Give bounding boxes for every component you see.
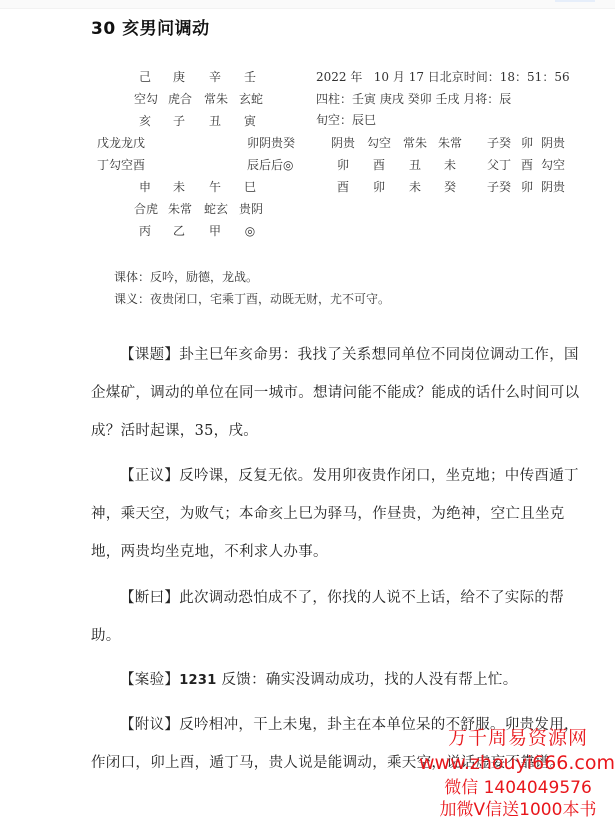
transmission-final-relation: 子癸 [486,177,512,199]
paragraph-zhengyi: 【正议】反吟课，反复无依。发用卯夜贵作闭口，坐克地；中传酉遁丁神，乘天空，为败气… [91,457,591,571]
paragraph-keti: 【课题】卦主巳年亥命男：我找了关系想同单位不同岗位调动工作，国企煤矿，调动的单位… [91,336,591,450]
paragraph-duanyue: 【断曰】此次调动恐怕成不了，你找的人说不上话，给不了实际的帮助。 [91,579,591,655]
transmission-initial-branch: 卯 [520,133,534,155]
transmission-final-general: 阴贵 [540,177,566,199]
four-lessons: 阴贵 勾空 常朱 朱常 卯 酉 丑 未 酉 卯 未 癸 子癸 卯 阴贵 父丁 酉… [0,0,615,260]
keti-note: 课体：反吟，励德，龙战。 [114,266,390,288]
watermark-wechat: 微信 1404049576 [418,777,615,800]
paragraph-tag: 【断曰】 [120,590,179,606]
lesson-upper-4: 未 [437,155,463,177]
transmission-initial-general: 阴贵 [540,133,566,155]
watermark-promo: 加微V信送1000本书 [418,799,615,821]
lesson-upper-3: 丑 [402,155,428,177]
transmission-middle-branch: 酉 [520,155,534,177]
watermark-url: www.zhouyi666.com [412,752,615,775]
transmission-initial-relation: 子癸 [486,133,512,155]
lesson-general-3: 常朱 [402,133,428,155]
paragraph-anyan: 【案验】1231 反馈：确实没调动成功，找的人没有帮上忙。 [91,661,591,700]
transmission-middle-general: 勾空 [540,155,566,177]
lesson-lower-4: 癸 [437,177,463,199]
lesson-notes: 课体：反吟，励德，龙战。 课义：夜贵闭口，宅乘丁酉，动既无财，尤不可守。 [114,266,390,310]
paragraph-number: 1231 [179,673,216,688]
watermark-site-name: 万千周易资源网 [418,727,615,750]
paragraph-tag: 【案验】 [120,672,179,688]
transmission-final-branch: 卯 [520,177,534,199]
keyi-note: 课义：夜贵闭口，宅乘丁酉，动既无财，尤不可守。 [114,288,390,310]
paragraph-tag: 【附议】 [120,717,179,733]
lesson-general-1: 阴贵 [330,133,356,155]
lesson-upper-2: 酉 [366,155,392,177]
lesson-lower-2: 卯 [366,177,392,199]
paragraph-tag: 【课题】 [120,347,179,363]
lesson-general-2: 勾空 [366,133,392,155]
lesson-general-4: 朱常 [437,133,463,155]
paragraph-text: 反馈：确实没调动成功，找的人没有帮上忙。 [217,672,518,688]
paragraph-tag: 【正议】 [120,468,179,484]
transmission-middle-relation: 父丁 [486,155,512,177]
lesson-upper-1: 卯 [330,155,356,177]
lesson-lower-3: 未 [402,177,428,199]
lesson-lower-1: 酉 [330,177,356,199]
